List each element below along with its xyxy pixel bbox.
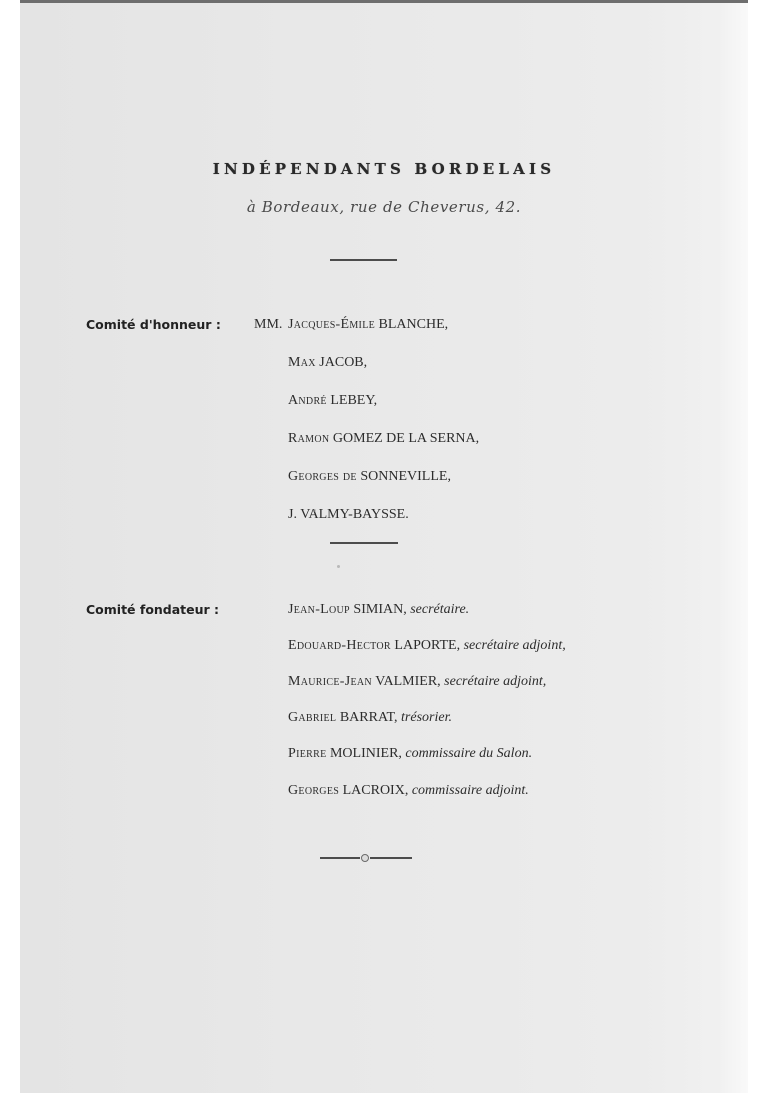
member-role: commissaire adjoint. bbox=[412, 783, 529, 798]
member-first-name: Gabriel bbox=[288, 710, 336, 725]
fondateur-member: Georges LACROIX, commissaire adjoint. bbox=[288, 783, 529, 799]
fondateur-member: Maurice-Jean VALMIER, secrétaire adjoint… bbox=[288, 674, 546, 690]
member-last-name: LAPORTE bbox=[394, 638, 456, 653]
member-last-name: SONNEVILLE bbox=[360, 469, 447, 484]
member-last-name: BLANCHE bbox=[379, 317, 445, 332]
member-last-name: SIMIAN bbox=[353, 602, 403, 617]
member-last-name: LEBEY bbox=[330, 393, 373, 408]
member-punct: , bbox=[447, 469, 451, 484]
member-role: commissaire du Salon. bbox=[405, 746, 532, 761]
member-last-name: BARRAT bbox=[340, 710, 394, 725]
member-punct: , bbox=[364, 355, 368, 370]
member-first-name: Jacques-Émile bbox=[288, 317, 375, 332]
member-first-name: Pierre bbox=[288, 746, 326, 761]
divider-rule bbox=[330, 259, 397, 261]
fondateur-member: Edouard-Hector LAPORTE, secrétaire adjoi… bbox=[288, 638, 566, 654]
divider-rule bbox=[330, 542, 398, 544]
member-first-name: Georges de bbox=[288, 469, 357, 484]
member-sep: , bbox=[405, 783, 412, 798]
member-role: trésorier. bbox=[401, 710, 452, 725]
member-last-name: JACOB bbox=[319, 355, 363, 370]
fondateur-member: Jean-Loup SIMIAN, secrétaire. bbox=[288, 602, 469, 618]
member-sep: , bbox=[457, 638, 464, 653]
member-punct: . bbox=[405, 507, 409, 522]
member-sep: , bbox=[394, 710, 401, 725]
member-last-name: LACROIX bbox=[343, 783, 405, 798]
member-role: secrétaire. bbox=[410, 602, 469, 617]
member-last-name: GOMEZ DE LA SERNA bbox=[333, 431, 476, 446]
member-last-name: VALMIER bbox=[375, 674, 437, 689]
member-first-name: Edouard-Hector bbox=[288, 638, 391, 653]
honneur-label: Comité d'honneur : bbox=[86, 317, 221, 332]
honneur-member: Max JACOB, bbox=[288, 355, 367, 371]
member-role: secrétaire adjoint, bbox=[464, 638, 566, 653]
member-first-name: Max bbox=[288, 355, 316, 370]
honneur-member: Ramon GOMEZ DE LA SERNA, bbox=[288, 431, 479, 447]
member-first-name: J. bbox=[288, 507, 297, 522]
honneur-member: Georges de SONNEVILLE, bbox=[288, 469, 451, 485]
member-first-name: Georges bbox=[288, 783, 339, 798]
member-first-name: Ramon bbox=[288, 431, 329, 446]
member-first-name: Jean-Loup bbox=[288, 602, 350, 617]
member-last-name: MOLINIER bbox=[330, 746, 398, 761]
honneur-prefix: MM. bbox=[254, 317, 282, 333]
member-first-name: Maurice-Jean bbox=[288, 674, 372, 689]
member-punct: , bbox=[445, 317, 449, 332]
fondateur-label: Comité fondateur : bbox=[86, 602, 219, 617]
honneur-member: J. VALMY-BAYSSE. bbox=[288, 507, 409, 523]
honneur-member: Jacques-Émile BLANCHE, bbox=[288, 317, 448, 333]
fondateur-member: Pierre MOLINIER, commissaire du Salon. bbox=[288, 746, 532, 762]
fondateur-member: Gabriel BARRAT, trésorier. bbox=[288, 710, 452, 726]
member-punct: , bbox=[374, 393, 378, 408]
circle-ornament-icon bbox=[361, 854, 369, 862]
paper-speck bbox=[313, 509, 316, 512]
member-punct: , bbox=[476, 431, 480, 446]
end-ornament bbox=[320, 851, 412, 865]
paper-speck bbox=[337, 565, 340, 568]
address-line: à Bordeaux, rue de Cheverus, 42. bbox=[0, 198, 768, 216]
honneur-member: André LEBEY, bbox=[288, 393, 377, 409]
member-first-name: André bbox=[288, 393, 327, 408]
member-role: secrétaire adjoint, bbox=[444, 674, 546, 689]
page-title: INDÉPENDANTS BORDELAIS bbox=[0, 160, 768, 178]
